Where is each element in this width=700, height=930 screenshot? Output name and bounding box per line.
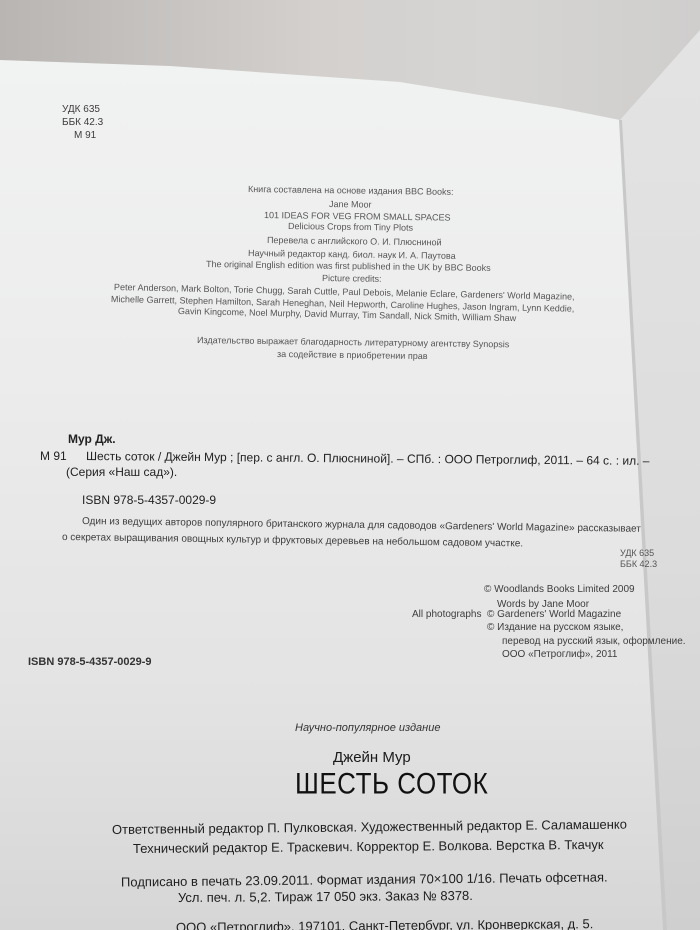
copyright-line: перевод на русский язык, оформление. xyxy=(502,636,686,647)
bbk-code: ББК 42.3 xyxy=(62,117,103,128)
original-subtitle: Delicious Crops from Tiny Plots xyxy=(288,221,413,233)
picture-credits-heading: Picture credits: xyxy=(322,273,382,284)
copyright-line: © Издание на русском языке, xyxy=(487,622,623,633)
catalog-mark: М 91 xyxy=(40,449,67,463)
imprint-author: Джейн Мур xyxy=(333,749,411,766)
catalog-isbn: ISBN 978-5-4357-0029-9 xyxy=(82,493,216,507)
catalog-author-heading: Мур Дж. xyxy=(68,432,116,446)
catalog-series: (Серия «Наш сад»). xyxy=(66,465,177,479)
isbn-bottom: ISBN 978-5-4357-0029-9 xyxy=(28,656,152,668)
photos-label: All photographs xyxy=(412,609,482,620)
genre-label: Научно-популярное издание xyxy=(295,722,440,734)
copyright-line: © Gardeners' World Magazine xyxy=(487,609,621,620)
catalog-udk: УДК 635 xyxy=(620,548,654,558)
author-mark: М 91 xyxy=(74,130,96,141)
udk-code: УДК 635 xyxy=(62,104,100,115)
original-author: Jane Moor xyxy=(329,199,372,210)
catalog-bbk: ББК 42.3 xyxy=(620,559,657,569)
print-info-line: Усл. печ. л. 5,2. Тираж 17 050 экз. Зака… xyxy=(178,888,473,905)
copyright-line: © Woodlands Books Limited 2009 xyxy=(484,584,635,595)
acknowledgement-line: за содействие в приобретении прав xyxy=(277,349,428,361)
copyright-line: ООО «Петроглиф», 2011 xyxy=(502,649,618,660)
book-title: ШЕСТЬ СОТОК xyxy=(295,766,488,802)
